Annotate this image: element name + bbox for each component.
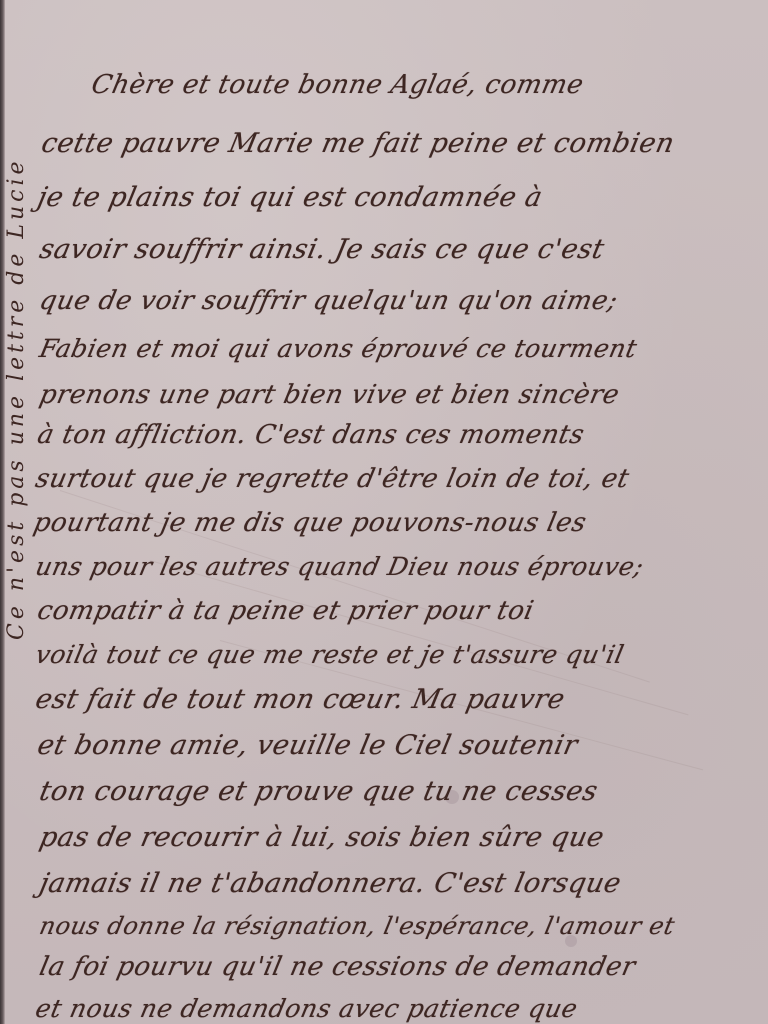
letter-line: à ton affliction. C'est dans ces moments bbox=[35, 420, 587, 450]
letter-line: Fabien et moi qui avons éprouvé ce tourm… bbox=[37, 334, 640, 363]
letter-line: prenons une part bien vive et bien sincè… bbox=[37, 380, 622, 410]
letter-line: nous donne la résignation, l'espérance, … bbox=[37, 912, 677, 940]
letter-line: savoir souffrir ainsi. Je sais ce que c'… bbox=[37, 234, 608, 265]
letter-line: pourtant je me dis que pouvons-nous les bbox=[31, 508, 589, 538]
letter-line: ton courage et prouve que tu ne cesses bbox=[37, 776, 601, 807]
letter-line: uns pour les autres quand Dieu nous épro… bbox=[33, 552, 647, 581]
letter-line: jamais il ne t'abandonnera. C'est lorsqu… bbox=[37, 868, 624, 899]
letter-line: voilà tout ce que me reste et je t'assur… bbox=[33, 640, 627, 669]
margin-note: Ce n'est pas une lettre de Lucie bbox=[4, 240, 32, 640]
letter-line: et bonne amie, veuille le Ciel soutenir bbox=[35, 730, 581, 761]
letter-line: et nous ne demandons avec patience que bbox=[33, 994, 581, 1023]
letter-line: compatir à ta peine et prier pour toi bbox=[35, 596, 537, 626]
letter-line: Chère et toute bonne Aglaé, comme bbox=[89, 70, 587, 100]
letter-line: surtout que je regrette d'être loin de t… bbox=[33, 464, 632, 494]
letter-line: que de voir souffrir quelqu'un qu'on aim… bbox=[37, 286, 621, 316]
letter-line: est fait de tout mon cœur. Ma pauvre bbox=[33, 684, 568, 715]
letter-line: pas de recourir à lui, sois bien sûre qu… bbox=[37, 822, 607, 853]
letter-line: cette pauvre Marie me fait peine et comb… bbox=[39, 128, 678, 159]
letter-page: Ce n'est pas une lettre de Lucie Chère e… bbox=[0, 0, 768, 1024]
letter-line: la foi pourvu qu'il ne cessions de deman… bbox=[37, 952, 638, 982]
letter-line: je te plains toi qui est condamnée à bbox=[35, 182, 546, 213]
